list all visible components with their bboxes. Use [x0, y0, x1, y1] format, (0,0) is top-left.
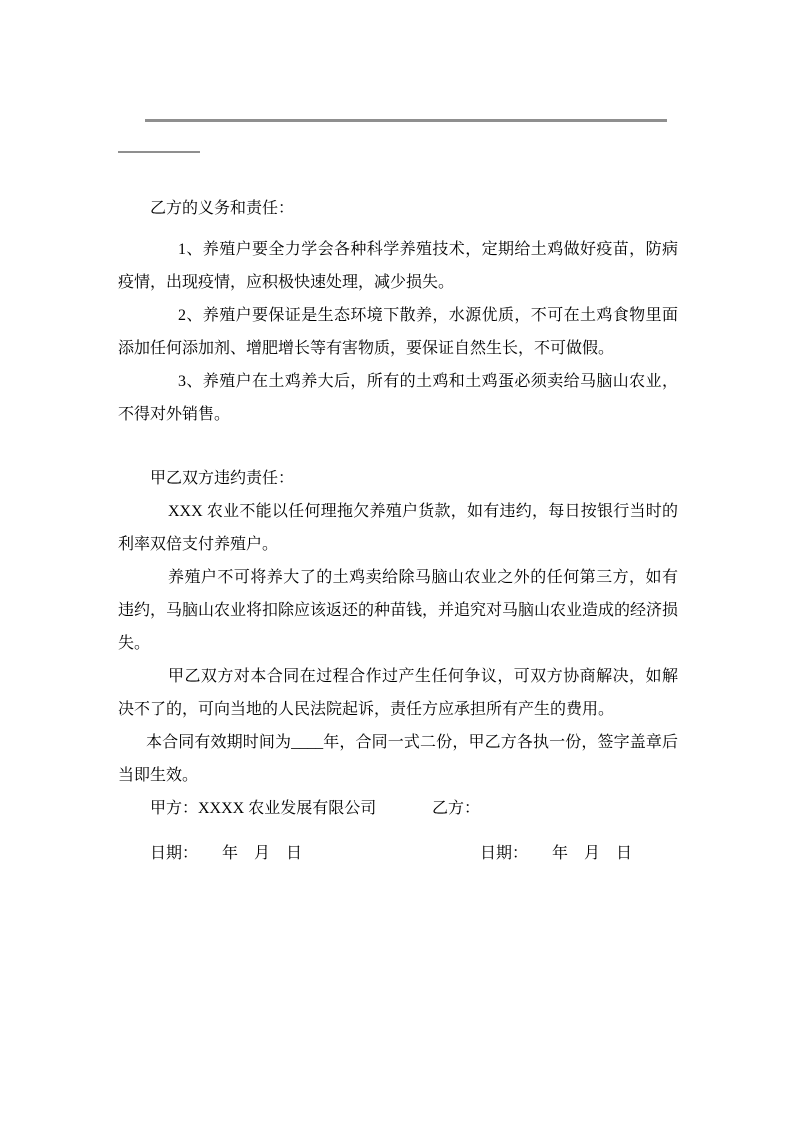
date-b-label: 日期： 年 月 日	[480, 837, 632, 870]
signature-party-row: 甲方：XXXX 农业发展有限公司 乙方：	[118, 792, 678, 825]
underscore-line	[118, 151, 200, 153]
obligation-item-2: 2、养殖户要保证是生态环境下散养，水源优质，不可在土鸡食物里面添加任何添加剂、增…	[118, 299, 678, 365]
liability-paragraph-3: 甲乙双方对本合同在过程合作过产生任何争议，可双方协商解决，如解决不了的，可向当地…	[118, 660, 678, 726]
closing-paragraph: 本合同有效期时间为____年，合同一式二份，甲乙方各执一份，签字盖章后当即生效。	[118, 726, 678, 792]
document-content: 乙方的义务和责任： 1、养殖户要全力学会各种科学养殖技术，定期给土鸡做好疫苗，防…	[118, 0, 678, 870]
date-a-label: 日期： 年 月 日	[150, 837, 302, 870]
party-b-label: 乙方：	[432, 792, 480, 825]
obligation-item-3: 3、养殖户在土鸡养大后，所有的土鸡和土鸡蛋必须卖给马脑山农业，不得对外销售。	[118, 365, 678, 431]
document-page: 乙方的义务和责任： 1、养殖户要全力学会各种科学养殖技术，定期给土鸡做好疫苗，防…	[0, 0, 794, 1123]
section-heading-liability: 甲乙双方违约责任：	[118, 462, 678, 495]
signature-date-row: 日期： 年 月 日 日期： 年 月 日	[118, 837, 678, 870]
section-heading-obligations: 乙方的义务和责任：	[118, 192, 678, 225]
page-top-rule	[145, 119, 667, 122]
liability-paragraph-1: XXX 农业不能以任何理拖欠养殖户货款，如有违约，每日按银行当时的利率双倍支付养…	[118, 495, 678, 561]
liability-paragraph-2: 养殖户不可将养大了的土鸡卖给除马脑山农业之外的任何第三方，如有违约，马脑山农业将…	[118, 561, 678, 660]
obligation-item-1: 1、养殖户要全力学会各种科学养殖技术，定期给土鸡做好疫苗，防病疫情，出现疫情，应…	[118, 233, 678, 299]
party-a-label: 甲方：XXXX 农业发展有限公司	[150, 792, 376, 825]
